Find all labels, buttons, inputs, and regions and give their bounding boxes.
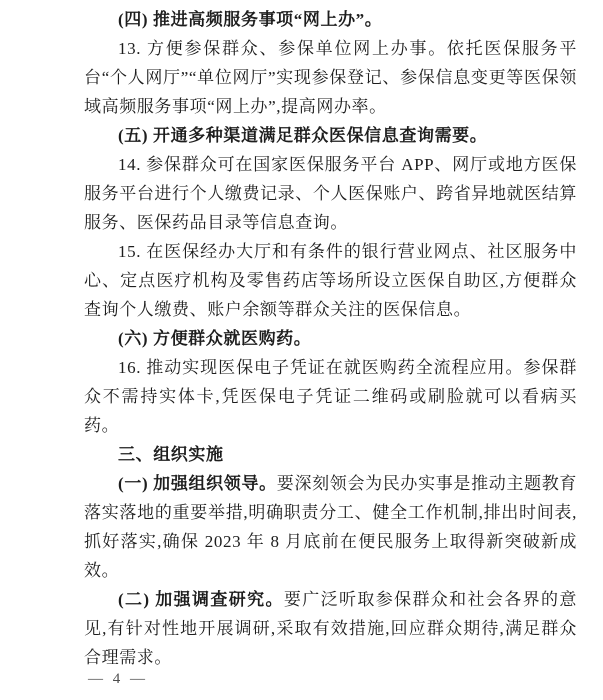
subheading-item-5: (五) 开通多种渠道满足群众医保信息查询需要。 xyxy=(84,121,577,150)
subheading-item-6: (六) 方便群众就医购药。 xyxy=(84,324,577,353)
paragraph-lead-2: (二) 加强调查研究。 xyxy=(118,590,284,609)
subheading-item-4: (四) 推进高频服务事项“网上办”。 xyxy=(84,5,577,34)
body-paragraph-16: 16. 推动实现医保电子凭证在就医购药全流程应用。参保群众不需持实体卡,凭医保电… xyxy=(84,353,577,440)
body-paragraph-14: 14. 参保群众可在国家医保服务平台 APP、网厅或地方医保服务平台进行个人缴费… xyxy=(84,150,577,237)
section-heading-3-implementation: 三、组织实施 xyxy=(84,440,577,469)
body-paragraph-13: 13. 方便参保群众、参保单位网上办事。依托医保服务平台“个人网厅”“单位网厅”… xyxy=(84,34,577,121)
page-number: — 4 — xyxy=(88,668,148,690)
body-paragraph-15: 15. 在医保经办大厅和有条件的银行营业网点、社区服务中心、定点医疗机构及零售药… xyxy=(84,237,577,324)
body-paragraph-org-leadership: (一) 加强组织领导。要深刻领会为民办实事是推动主题教育落实落地的重要举措,明确… xyxy=(84,469,577,585)
body-paragraph-research: (二) 加强调查研究。要广泛听取参保群众和社会各界的意见,有针对性地开展调研,采… xyxy=(84,585,577,672)
document-body: (四) 推进高频服务事项“网上办”。 13. 方便参保群众、参保单位网上办事。依… xyxy=(84,5,577,672)
paragraph-lead-1: (一) 加强组织领导。 xyxy=(118,474,277,493)
document-page: (四) 推进高频服务事项“网上办”。 13. 方便参保群众、参保单位网上办事。依… xyxy=(0,0,603,700)
